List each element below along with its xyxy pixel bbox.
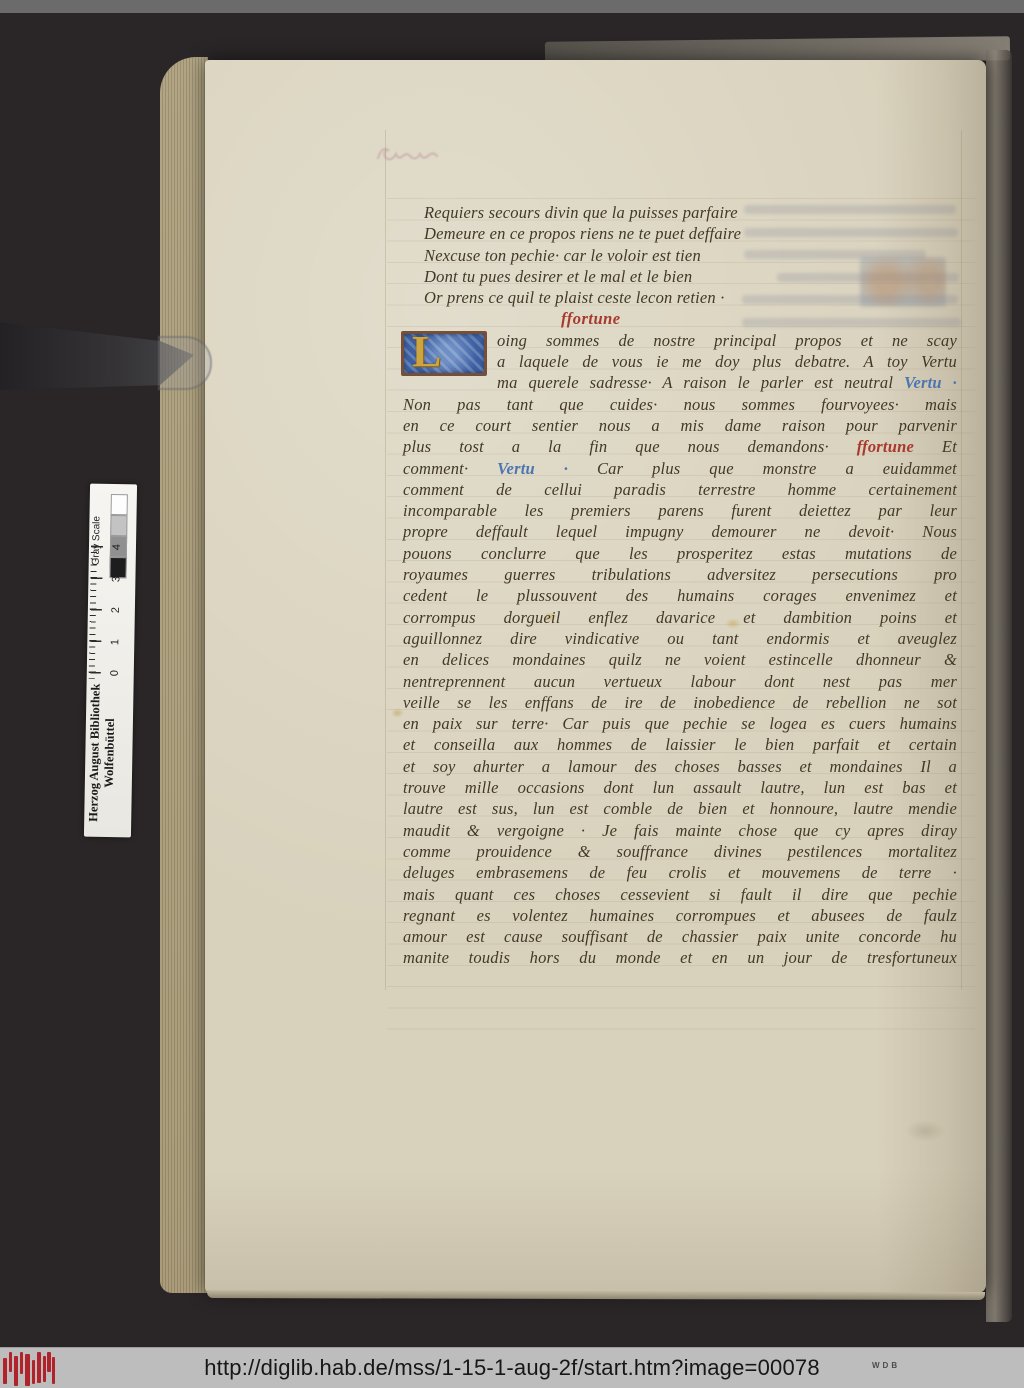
prose-line: lautre est sus, lun est comble de bien e… <box>403 798 957 819</box>
verse-section: Requiers secours divin que la puisses pa… <box>403 202 957 308</box>
prose-section: L oing sommes de nostre principal propos… <box>403 330 957 969</box>
prose-text: Car plus que monstre a euidammet <box>568 459 957 478</box>
prose-line: comme prouidence & souffrance divines pe… <box>403 841 957 862</box>
prose-text: pouons conclurre que les prosperitez est… <box>403 544 957 563</box>
prose-text: veille se les enffans de ire de inobedie… <box>403 693 957 712</box>
prose-line: en paix sur terre· Car puis que pechie s… <box>403 713 957 734</box>
prose-line: incomparable les premiers parens furent … <box>403 500 957 521</box>
prose-line: corrompus dorgueil enflez davarice et da… <box>403 607 957 628</box>
prose-text: corrompus dorgueil enflez davarice et da… <box>403 608 957 627</box>
verse-line: Requiers secours divin que la puisses pa… <box>424 202 957 223</box>
gray-scale-patch <box>111 494 128 515</box>
rubricated-word: ffortune <box>857 437 914 456</box>
manuscript-text-block: Requiers secours divin que la puisses pa… <box>403 202 957 969</box>
prose-line: pouons conclurre que les prosperitez est… <box>403 543 957 564</box>
prose-text: et soy ahurter a lamour des choses basse… <box>403 757 957 776</box>
prose-line: veille se les enffans de ire de inobedie… <box>403 692 957 713</box>
manuscript-page: Requiers secours divin que la puisses pa… <box>205 60 986 1293</box>
prose-text: maudit & vergoigne · Je fais mainte chos… <box>403 821 957 840</box>
registration-bar <box>20 1352 23 1374</box>
prose-line: a laquele de vous ie me doy plus debatre… <box>403 351 957 372</box>
viewer-bottom-bar: http://diglib.hab.de/mss/1-15-1-aug-2f/s… <box>0 1347 1024 1388</box>
camera-frame-top-band <box>0 0 1024 13</box>
verse-line: Demeure en ce propos riens ne te puet de… <box>424 223 957 244</box>
library-name-label: Herzog August Bibliothek Wolfenbüttel <box>86 677 127 830</box>
prose-line: plus tost a la fin que nous demandons· f… <box>403 436 957 457</box>
verse-line: Or prens ce quil te plaist ceste lecon r… <box>424 287 957 308</box>
prose-line: deluges embrasemens de feu crolis et mou… <box>403 862 957 883</box>
prose-text: deluges embrasemens de feu crolis et mou… <box>403 863 957 882</box>
prose-line: maudit & vergoigne · Je fais mainte chos… <box>403 820 957 841</box>
page-bottom-edge <box>207 1290 985 1300</box>
prose-text: lautre est sus, lun est comble de bien e… <box>403 799 957 818</box>
wdb-mark: WDB <box>872 1361 900 1370</box>
ruler-number: 3 <box>110 571 124 585</box>
rubric-heading: ffortune <box>403 308 957 329</box>
prose-text: nentreprennent aucun vertueux labour don… <box>403 672 957 691</box>
prose-text: propre deffault lequel impugny demourer … <box>403 522 957 541</box>
prose-text: plus tost a la fin que nous demandons· <box>403 437 857 456</box>
prose-text: trouve mille occasions dont lun assault … <box>403 778 957 797</box>
color-registration-marks <box>2 1350 60 1388</box>
prose-text: a laquele de vous ie me doy plus debatre… <box>497 352 957 371</box>
prose-line: et conseilla aux hommes de laissier le b… <box>403 734 957 755</box>
page-stack-edge <box>160 57 208 1293</box>
prose-text: oing sommes de nostre principal propos e… <box>497 331 957 350</box>
prose-line: comment· Vertu · Car plus que monstre a … <box>403 458 957 479</box>
prose-line: trouve mille occasions dont lun assault … <box>403 777 957 798</box>
source-url-text: http://diglib.hab.de/mss/1-15-1-aug-2f/s… <box>204 1355 820 1381</box>
prose-text: Non pas tant que cuides· nous sommes fou… <box>403 395 957 414</box>
prose-text: regnant es volentez humaines corrompues … <box>403 906 957 925</box>
ruler-number: 2 <box>110 603 124 617</box>
prose-line: cedent le plussouvent des humains corage… <box>403 585 957 606</box>
registration-bar <box>14 1356 18 1386</box>
registration-bar <box>25 1354 30 1386</box>
prose-line: mais quant ces choses cessevient si faul… <box>403 884 957 905</box>
prose-text: comment· <box>403 459 497 478</box>
prose-line: aguillonnez dire vindicative ou tant end… <box>403 628 957 649</box>
prose-line: amour est cause souffisant de chassier p… <box>403 926 957 947</box>
library-name-line1: Herzog August Bibliothek <box>86 677 104 829</box>
gray-scale-patch <box>110 515 127 536</box>
prose-text: comme prouidence & souffrance divines pe… <box>403 842 957 861</box>
prose-line: en ce court sentier nous a mis dame rais… <box>403 415 957 436</box>
parchment-stain <box>905 1120 945 1142</box>
registration-bar <box>37 1352 41 1383</box>
registration-bar <box>3 1358 7 1384</box>
prose-text: aguillonnez dire vindicative ou tant end… <box>403 629 957 648</box>
ruler-numbers: 43210 <box>90 484 137 485</box>
prose-line: oing sommes de nostre principal propos e… <box>403 330 957 351</box>
ruler-ticks-major <box>89 546 103 679</box>
prose-text: mais quant ces choses cessevient si faul… <box>403 885 957 904</box>
digitized-manuscript-photo: Requiers secours divin que la puisses pa… <box>0 0 1024 1388</box>
prose-text: et conseilla aux hommes de laissier le b… <box>403 735 957 754</box>
registration-bar <box>43 1356 46 1382</box>
prose-line: comment de cellui paradis terrestre homm… <box>403 479 957 500</box>
ruling-margin-line-right <box>961 130 962 990</box>
library-name-line2: Wolfenbüttel <box>101 677 119 829</box>
ruler-number: 1 <box>109 634 123 648</box>
verse-line: Nexcuse ton pechie· car le voloir est ti… <box>424 245 957 266</box>
blue-speaker-word: Vertu · <box>904 373 957 392</box>
prose-line: regnant es volentez humaines corrompues … <box>403 905 957 926</box>
registration-bar <box>47 1352 51 1372</box>
ruling-margin-line-left <box>385 130 386 990</box>
ruler-number: 4 <box>111 540 125 554</box>
prose-line: et soy ahurter a lamour des choses basse… <box>403 756 957 777</box>
blue-speaker-word: Vertu · <box>497 459 568 478</box>
prose-text: ma querele sadresse· A raison le parler … <box>497 373 904 392</box>
prose-text: incomparable les premiers parens furent … <box>403 501 957 520</box>
grayscale-ruler-strip: Gray Scale 43210 Herzog August Bibliothe… <box>84 484 137 838</box>
prose-line: ma querele sadresse· A raison le parler … <box>403 372 957 393</box>
prose-line: royaumes guerres tribulations adversitez… <box>403 564 957 585</box>
prose-text: comment de cellui paradis terrestre homm… <box>403 480 957 499</box>
prose-text: en delices mondaines quilz ne voient est… <box>403 650 957 669</box>
registration-bar <box>9 1352 12 1372</box>
prose-line: propre deffault lequel impugny demourer … <box>403 521 957 542</box>
prose-line: manite toudis hors du monde et en un jou… <box>403 947 957 968</box>
prose-line: Non pas tant que cuides· nous sommes fou… <box>403 394 957 415</box>
verse-line: Dont tu pues desirer et le mal et le bie… <box>424 266 957 287</box>
gray-scale-patches <box>109 494 127 578</box>
prose-text: Et <box>914 437 957 456</box>
registration-bar <box>52 1357 55 1384</box>
faded-ink-inscription <box>372 138 448 168</box>
prose-text: royaumes guerres tribulations adversitez… <box>403 565 957 584</box>
prose-text: cedent le plussouvent des humains corage… <box>403 586 957 605</box>
prose-line: nentreprennent aucun vertueux labour don… <box>403 671 957 692</box>
prose-text: manite toudis hors du monde et en un jou… <box>403 948 957 967</box>
prose-text: en paix sur terre· Car puis que pechie s… <box>403 714 957 733</box>
prose-line: en delices mondaines quilz ne voient est… <box>403 649 957 670</box>
book-fore-edge <box>986 50 1012 1322</box>
prose-text: amour est cause souffisant de chassier p… <box>403 927 957 946</box>
prose-text: en ce court sentier nous a mis dame rais… <box>403 416 957 435</box>
page-holder-clip-tip <box>158 336 212 390</box>
registration-bar <box>32 1360 35 1384</box>
